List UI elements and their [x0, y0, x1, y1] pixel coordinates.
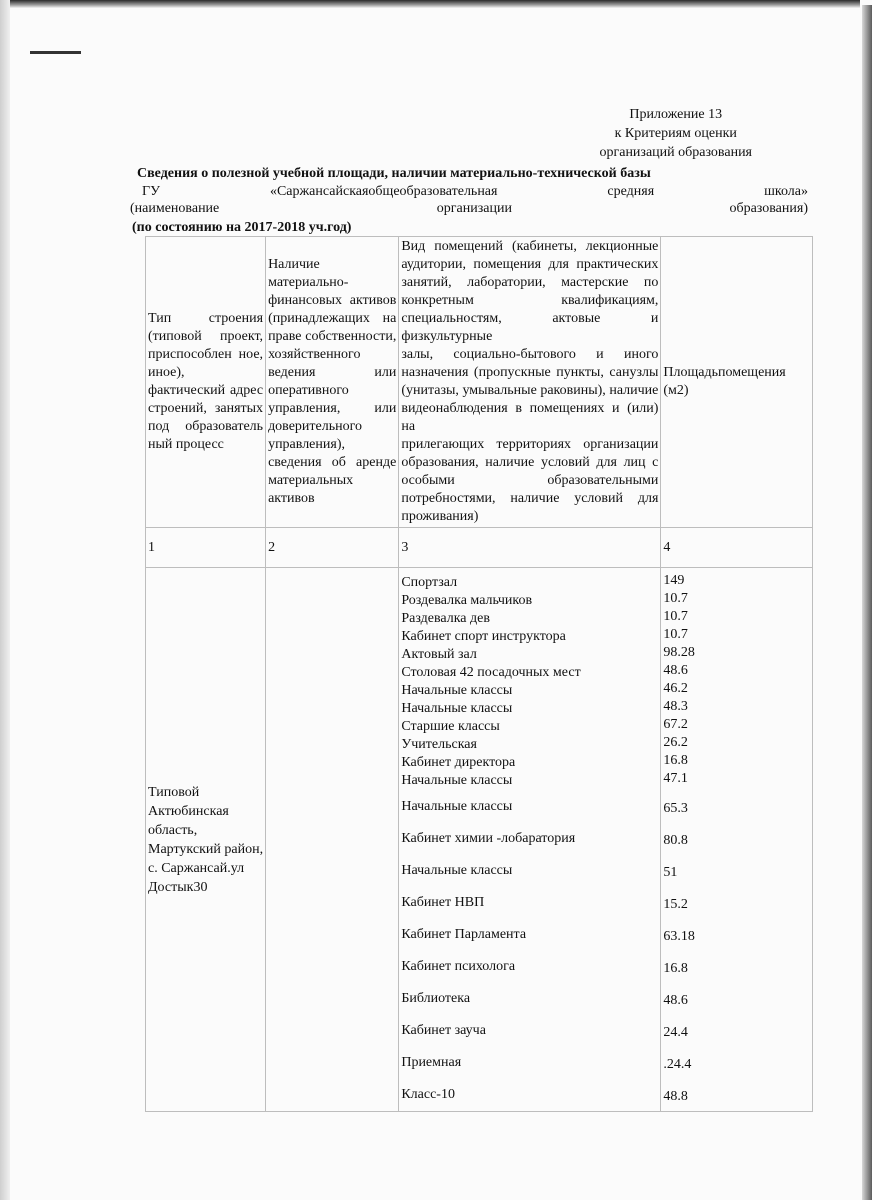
- room-area: 10.7: [663, 608, 810, 626]
- appendix-line: организаций образования: [599, 143, 752, 162]
- room-area: 15.2: [663, 884, 810, 916]
- caption-part: (наименование: [130, 201, 219, 217]
- room-area: .24.4: [663, 1044, 810, 1076]
- caption-part: образования): [729, 201, 808, 217]
- address-line: Актюбинская: [148, 802, 263, 821]
- header-line: приспособлен ное,: [148, 346, 263, 364]
- header-line: назначения (пропускные пункты, санузлы: [401, 364, 658, 382]
- header-line: доверительного: [268, 418, 396, 436]
- header-line: строений, занятых: [148, 400, 263, 418]
- room-name: Начальные классы: [401, 854, 658, 886]
- header-line: управления),: [268, 436, 396, 454]
- scan-edge-top: [10, 0, 860, 8]
- header-line: проживания): [401, 508, 658, 526]
- room-name: Начальные классы: [401, 790, 658, 822]
- room-name: Кабинет НВП: [401, 886, 658, 918]
- header-line: прилегающих территориях организации: [401, 436, 658, 454]
- header-line: конкретным квалификациям,: [401, 292, 658, 310]
- margin-mark: [30, 51, 81, 54]
- scan-edge-left: [0, 0, 10, 1200]
- header-line: праве собственности,: [268, 328, 396, 346]
- col-number: 2: [266, 528, 399, 568]
- address-line: область,: [148, 821, 263, 840]
- room-name: Столовая 42 посадочных мест: [401, 664, 658, 682]
- room-area: 46.2: [663, 680, 810, 698]
- header-col2: Наличиематериально-финансовых активов(пр…: [266, 237, 399, 528]
- room-area: 48.6: [663, 662, 810, 680]
- header-line: Наличие: [268, 256, 396, 274]
- room-area: 149: [663, 572, 810, 590]
- header-line: особыми образовательными: [401, 472, 658, 490]
- room-name: Старшие классы: [401, 718, 658, 736]
- room-area: 98.28: [663, 644, 810, 662]
- address-line: Достык30: [148, 878, 263, 897]
- room-area: 48.8: [663, 1076, 810, 1108]
- header-line: сведения об аренде: [268, 454, 396, 472]
- header-line: Тип строения: [148, 310, 263, 328]
- header-line: (принадлежащих на: [268, 310, 396, 328]
- room-name: Класс-10: [401, 1078, 658, 1110]
- room-area: 48.6: [663, 980, 810, 1012]
- header-line: фактический адрес: [148, 382, 263, 400]
- header-line: ведения или: [268, 364, 396, 382]
- address-line: Мартукский район,: [148, 840, 263, 859]
- room-area: 51: [663, 852, 810, 884]
- header-line: (типовой проект,: [148, 328, 263, 346]
- header-line: иное),: [148, 364, 263, 382]
- appendix-line: Приложение 13: [599, 105, 752, 124]
- room-name: Библиотека: [401, 982, 658, 1014]
- header-line: (унитазы, умывальные раковины), наличие: [401, 382, 658, 400]
- room-area: 63.18: [663, 916, 810, 948]
- room-name: Спортзал: [401, 574, 658, 592]
- room-name: Кабинет химии -лобаратория: [401, 822, 658, 854]
- col-number: 1: [146, 528, 266, 568]
- header-line: Площадьпомещения: [663, 364, 810, 382]
- org-part: средняя: [607, 184, 654, 200]
- header-line: залы, социально-бытового и иного: [401, 346, 658, 364]
- header-line: активов: [268, 490, 396, 508]
- building-assets: [266, 568, 399, 1112]
- room-name: Кабинет Парламента: [401, 918, 658, 950]
- header-line: материально-: [268, 274, 396, 292]
- header-line: хозяйственного: [268, 346, 396, 364]
- header-line: оперативного: [268, 382, 396, 400]
- org-part: школа»: [764, 184, 808, 200]
- org-part: «Саржансайскаяобщеобразовательная: [270, 184, 498, 200]
- room-name: Актовый зал: [401, 646, 658, 664]
- header-line: образования, наличие условий для лиц с: [401, 454, 658, 472]
- table-row: ТиповойАктюбинскаяобласть,Мартукский рай…: [146, 568, 813, 1112]
- room-area: 48.3: [663, 698, 810, 716]
- room-name: Раздевалка дев: [401, 610, 658, 628]
- room-name: Кабинет психолога: [401, 950, 658, 982]
- col-number: 4: [661, 528, 813, 568]
- room-area: 10.7: [663, 590, 810, 608]
- rooms-cell: СпортзалРоздевалка мальчиковРаздевалка д…: [399, 568, 661, 1112]
- header-col4: Площадьпомещения(м2): [661, 237, 813, 528]
- room-name: Кабинет спорт инструктора: [401, 628, 658, 646]
- room-area: 47.1: [663, 770, 810, 788]
- organization-caption: (наименование организации образования): [130, 201, 808, 217]
- room-name: Учительская: [401, 736, 658, 754]
- room-name: Кабинет зауча: [401, 1014, 658, 1046]
- header-line: ный процесс: [148, 436, 263, 454]
- header-col3: Вид помещений (кабинеты, лекционныеаудит…: [399, 237, 661, 528]
- header-line: финансовых активов: [268, 292, 396, 310]
- header-line: материальных: [268, 472, 396, 490]
- room-area: 80.8: [663, 820, 810, 852]
- caption-part: организации: [437, 201, 512, 217]
- header-line: под образователь: [148, 418, 263, 436]
- org-part: ГУ: [142, 184, 160, 200]
- room-area: 16.8: [663, 948, 810, 980]
- header-line: Вид помещений (кабинеты, лекционные: [401, 238, 658, 256]
- header-line: видеонаблюдения в помещениях и (или) на: [401, 400, 658, 436]
- room-area: 16.8: [663, 752, 810, 770]
- header-line: управления, или: [268, 400, 396, 418]
- document-title: Сведения о полезной учебной площади, нал…: [137, 166, 651, 182]
- header-line: специальностям, актовые и физкультурные: [401, 310, 658, 346]
- room-area: 24.4: [663, 1012, 810, 1044]
- address-line: с. Саржансай.ул: [148, 859, 263, 878]
- header-line: потребностями, наличие условий для: [401, 490, 658, 508]
- organization-name: ГУ «Саржансайскаяобщеобразовательная сре…: [142, 184, 808, 200]
- room-name: Приемная: [401, 1046, 658, 1078]
- room-area: 26.2: [663, 734, 810, 752]
- building-type-address: ТиповойАктюбинскаяобласть,Мартукский рай…: [146, 568, 266, 1112]
- room-name: Начальные классы: [401, 772, 658, 790]
- address-line: Типовой: [148, 783, 263, 802]
- header-row: Тип строения(типовой проект,приспособлен…: [146, 237, 813, 528]
- scan-edge-right: [862, 5, 872, 1200]
- column-number-row: 1 2 3 4: [146, 528, 813, 568]
- room-area: 67.2: [663, 716, 810, 734]
- facilities-table: Тип строения(типовой проект,приспособлен…: [145, 236, 813, 1112]
- col-number: 3: [399, 528, 661, 568]
- header-line: аудитории, помещения для практических: [401, 256, 658, 274]
- areas-cell: 14910.710.710.798.2848.646.248.367.226.2…: [661, 568, 813, 1112]
- room-area: 65.3: [663, 788, 810, 820]
- header-col1: Тип строения(типовой проект,приспособлен…: [146, 237, 266, 528]
- appendix-line: к Критериям оценки: [599, 124, 752, 143]
- as-of-date: (по состоянию на 2017-2018 уч.год): [132, 220, 351, 236]
- room-name: Начальные классы: [401, 700, 658, 718]
- room-name: Кабинет директора: [401, 754, 658, 772]
- room-name: Роздевалка мальчиков: [401, 592, 658, 610]
- appendix-note: Приложение 13 к Критериям оценки организ…: [599, 105, 752, 162]
- room-area: 10.7: [663, 626, 810, 644]
- header-line: занятий, лаборатории, мастерские по: [401, 274, 658, 292]
- header-line: (м2): [663, 382, 810, 400]
- room-name: Начальные классы: [401, 682, 658, 700]
